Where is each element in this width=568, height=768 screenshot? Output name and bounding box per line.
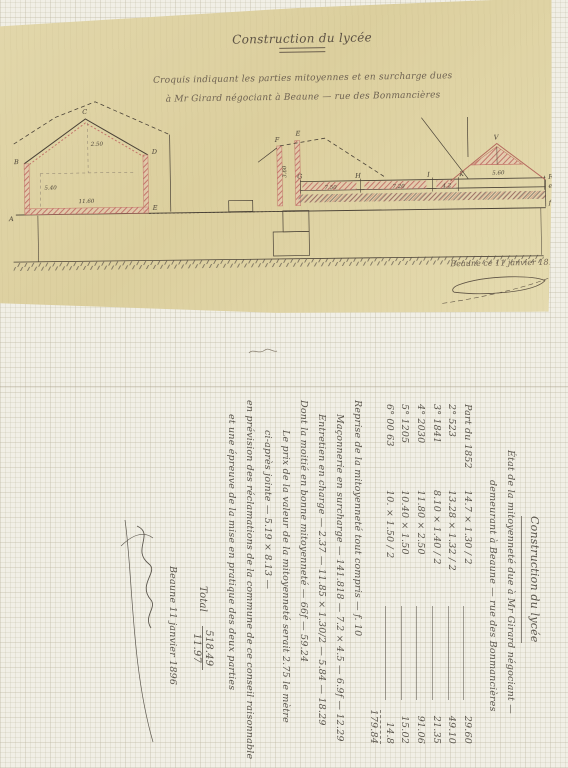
table-row: 3° 1841 8.10 × 1.40 / 2 21.35 — [428, 404, 444, 744]
point-label-e3: e — [548, 182, 552, 190]
row-label: 4° 2030 — [412, 404, 428, 490]
row-leader — [432, 606, 433, 700]
postscript-line: et une épreuve de la mise en pratique de… — [222, 414, 240, 768]
dim-left-width: 11.60 — [79, 199, 95, 205]
row-formula: 10. × 1.50 / 2 — [381, 490, 397, 600]
paper-crease — [0, 386, 568, 387]
doc-heading: Construction du lycée — [521, 516, 544, 643]
row-result: 14.8 — [381, 706, 397, 744]
dim-band1: 7.50 — [324, 185, 337, 191]
point-label-r: R — [547, 173, 553, 181]
note-line: Le prix de la valeur de la mitoyenneté s… — [276, 430, 294, 768]
sheet-subtitle: Croquis indiquant les parties mitoyennes… — [133, 67, 474, 110]
row-result: 91.06 — [412, 706, 428, 744]
row-leader — [416, 606, 417, 700]
row-formula: 10.40 × 1.50 — [397, 490, 413, 600]
title-underline — [279, 47, 325, 53]
table-row: 5° 1205 10.40 × 1.50 15.02 — [397, 404, 413, 744]
point-label-e2: E — [295, 130, 301, 138]
table-row: Part du 1852 14.7 × 1.30 / 2 29.60 — [459, 404, 475, 744]
note-line: Maçonnerie en surcharge — 141.818 — 7.2 … — [330, 414, 348, 768]
row-result: 21.35 — [428, 706, 444, 744]
doc-subheading-2: demeurant à Beaune — rue des Bonmancière… — [483, 480, 501, 768]
note-line: Dont la moitié en bonne mitoyenneté — 66… — [294, 400, 312, 768]
total-label: Total — [197, 586, 208, 612]
row-leader — [448, 606, 449, 700]
row-leader — [385, 606, 386, 700]
total-numerator: 518.49 — [203, 626, 214, 670]
note-line: Reprise de la mitoyenneté tout compris —… — [348, 400, 366, 768]
row-result: 15.02 — [397, 706, 413, 744]
row-label: Part du 1852 — [459, 404, 475, 490]
sheet-title: Construction du lycée — [172, 30, 432, 55]
dim-mid: 3.60 — [282, 165, 288, 178]
point-label-d: D — [151, 148, 158, 156]
computation-table: Part du 1852 14.7 × 1.30 / 2 29.60 2° 52… — [368, 404, 475, 744]
point-label-g: G — [297, 173, 302, 181]
dim-gable: 5.60 — [492, 170, 505, 176]
point-label-h: H — [354, 172, 361, 180]
row-result: 49.10 — [444, 706, 460, 744]
point-label-f2: f — [548, 199, 553, 207]
point-label-e: E — [152, 204, 158, 212]
point-label-v: V — [494, 133, 500, 141]
row-result: 29.60 — [459, 706, 475, 744]
point-label-f: F — [274, 136, 280, 144]
postscript-line: en prévision des réclamations de la comm… — [240, 400, 258, 768]
point-label-c: C — [82, 108, 87, 116]
table-row: 2° 523 13.28 × 1.32 / 2 49.10 — [444, 404, 460, 744]
dim-left-height: 5.40 — [44, 185, 57, 191]
scanned-archival-page: B C D A E 2.50 5.40 11.60 F E — [0, 0, 568, 768]
ink-squiggle — [248, 347, 278, 357]
point-label-i: I — [426, 171, 430, 179]
row-label: 6° 00 63 — [381, 404, 397, 490]
row-leader — [401, 606, 402, 700]
table-row: 4° 2030 11.80 × 2.50 91.06 — [412, 404, 428, 744]
mitoyennete-document: Construction du lycée État de la mitoyen… — [86, 396, 548, 768]
point-label-a: A — [8, 215, 14, 223]
left-building-section — [13, 99, 253, 215]
table-sum-value: 179.84 — [368, 710, 381, 744]
total-fraction: 518.49 11.97 — [191, 626, 214, 670]
row-formula: 13.28 × 1.32 / 2 — [444, 490, 460, 600]
dim-band2: 7.20 — [392, 184, 405, 190]
total-denominator: 11.97 — [191, 626, 203, 670]
row-label: 3° 1841 — [428, 404, 444, 490]
mitoyennete-statement-rotated: Construction du lycée État de la mitoyen… — [86, 396, 548, 768]
signature-flourish-bottom — [117, 516, 161, 746]
grand-total: Total 518.49 11.97 — [191, 586, 214, 768]
table-sum-row: 179.84 — [368, 404, 381, 744]
row-formula: 8.10 × 1.40 / 2 — [428, 490, 444, 600]
sheet-title-text: Construction du lycée — [232, 30, 372, 46]
table-row: 6° 00 63 10. × 1.50 / 2 14.8 — [381, 404, 397, 744]
note-line: Entretien en charge — 2.37 — 11.85 × 1.3… — [312, 414, 330, 768]
row-label: 5° 1205 — [397, 404, 413, 490]
row-label: 2° 523 — [444, 404, 460, 490]
note-line: ci-après jointe — 5.19 × 8.13 — — [258, 430, 276, 768]
dim-apex: 2.50 — [90, 142, 104, 148]
row-leader — [463, 606, 464, 700]
doc-subheading-1: État de la mitoyenneté due à Mr Girard n… — [501, 450, 519, 768]
row-formula: 11.80 × 2.50 — [412, 490, 428, 600]
dim-band3: 4.2 — [441, 183, 451, 189]
ground-lines — [13, 207, 547, 264]
croquis-sheet: B C D A E 2.50 5.40 11.60 F E — [0, 0, 556, 320]
doc-date-line: Beaune 11 janvier 1896 — [163, 566, 181, 768]
row-formula: 14.7 × 1.30 / 2 — [459, 490, 475, 600]
signature-flourish — [442, 275, 556, 304]
point-label-b: B — [13, 158, 19, 166]
